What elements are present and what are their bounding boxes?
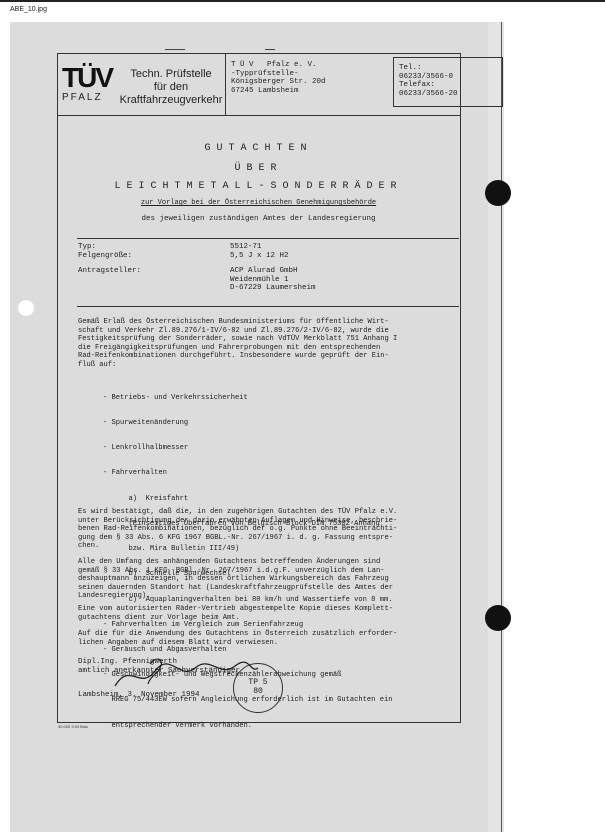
typ-label: Typ:	[78, 243, 96, 252]
reference-text: Auf die für die Anwendung des Gutachtens…	[78, 630, 463, 647]
applicant-line: ACP Alurad GmbH	[230, 267, 316, 276]
rule-top	[77, 238, 459, 239]
reference-paragraph: Auf die für die Anwendung des Gutachtens…	[78, 630, 463, 647]
list-item: entsprechender Vermerk vorhanden.	[103, 722, 392, 730]
tuev-logo: TÜV PFALZ	[62, 64, 120, 103]
top-border	[0, 0, 605, 2]
felgen-value: 5,5 J x 12 H2	[230, 252, 289, 261]
copy-text: Eine vom autorisierten Räder-Vertrieb ab…	[78, 605, 463, 622]
antrag-label: Antragsteller:	[78, 267, 141, 276]
antrag-value: ACP Alurad GmbHWeidenmühle 1D-67229 Laum…	[230, 267, 316, 293]
list-item: - Geräusch und Abgasverhalten	[103, 646, 392, 654]
contact-line: 06233/3566-20	[399, 90, 458, 99]
contact-line: Tel.:	[399, 64, 458, 73]
mark	[265, 49, 275, 50]
confirmation-paragraph: Es wird bestätigt, daß die, in den zugeh…	[78, 508, 463, 551]
address-block: T Ü V Pfalz e. V.-Typprüfstelle-Königsbe…	[231, 61, 326, 95]
copy-paragraph: Eine vom autorisierten Räder-Vertrieb ab…	[78, 605, 463, 622]
institution-line: für den	[118, 81, 224, 94]
institution-line: Techn. Prüfstelle	[118, 68, 224, 81]
punch-hole-right-bottom	[485, 605, 511, 631]
applicant-line: Weidenmühle 1	[230, 276, 316, 285]
file-name: ABE_10.jpg	[10, 6, 47, 13]
punch-hole-right-top	[485, 180, 511, 206]
confirmation-text: Es wird bestätigt, daß die, in den zugeh…	[78, 508, 463, 551]
address-line: Königsberger Str. 20d	[231, 78, 326, 87]
intro-paragraph: Gemäß Erlaß des Österreichischen Bundesm…	[78, 318, 463, 370]
intro-text: Gemäß Erlaß des Österreichischen Bundesm…	[78, 318, 463, 370]
address-line: -Typprüfstelle-	[231, 70, 326, 79]
doc-title-subject: LEICHTMETALL-SONDERRÄDER	[57, 181, 460, 192]
doc-title-over: ÜBER	[57, 163, 460, 174]
logo-sub: PFALZ	[62, 92, 120, 103]
institution-line: Kraftfahrzeugverkehr	[118, 94, 224, 107]
list-item: - Fahrverhalten	[103, 469, 392, 477]
felgen-label: Felgengröße:	[78, 252, 132, 261]
header-divider	[225, 53, 226, 115]
contact-line: 06233/3566-0	[399, 73, 458, 82]
address-line: 67245 Lambsheim	[231, 87, 326, 96]
institution-name: Techn. Prüfstelle für den Kraftfahrzeugv…	[118, 68, 224, 107]
list-item: - Betriebs- und Verkehrssicherheit	[103, 394, 392, 402]
stamp-number: 80	[234, 687, 282, 696]
typ-value: 5512-71	[230, 243, 262, 252]
doc-title: GUTACHTEN	[57, 143, 460, 154]
changes-paragraph: Alle den Umfang des anhängenden Gutachte…	[78, 558, 463, 601]
list-item: - Lenkrollhalbmesser	[103, 444, 392, 452]
applicant-line: D-67229 Laumersheim	[230, 284, 316, 293]
doc-authority: des jeweiligen zuständigen Amtes der Lan…	[57, 215, 460, 223]
contact-block: Tel.:06233/3566-0Telefax:06233/3566-20	[399, 64, 458, 98]
list-item: - Spurweitenänderung	[103, 419, 392, 427]
doc-purpose: zur Vorlage bei der Österreichischen Gen…	[57, 199, 460, 207]
contact-line: Telefax:	[399, 81, 458, 90]
official-stamp: TP 5 80	[233, 663, 283, 713]
page-fold-line	[501, 22, 502, 832]
header-separator	[57, 115, 460, 116]
changes-text: Alle den Umfang des anhängenden Gutachte…	[78, 558, 463, 601]
print-code: 40.000 3.94 Bolz	[58, 724, 88, 729]
list-item: a) Kreisfahrt	[103, 495, 392, 503]
rule-bottom	[77, 306, 459, 307]
logo-main: TÜV	[62, 64, 120, 92]
address-line: T Ü V Pfalz e. V.	[231, 61, 326, 70]
punch-hole-left	[18, 300, 34, 316]
stamp-text: TP 5	[234, 678, 282, 687]
mark	[165, 49, 185, 50]
